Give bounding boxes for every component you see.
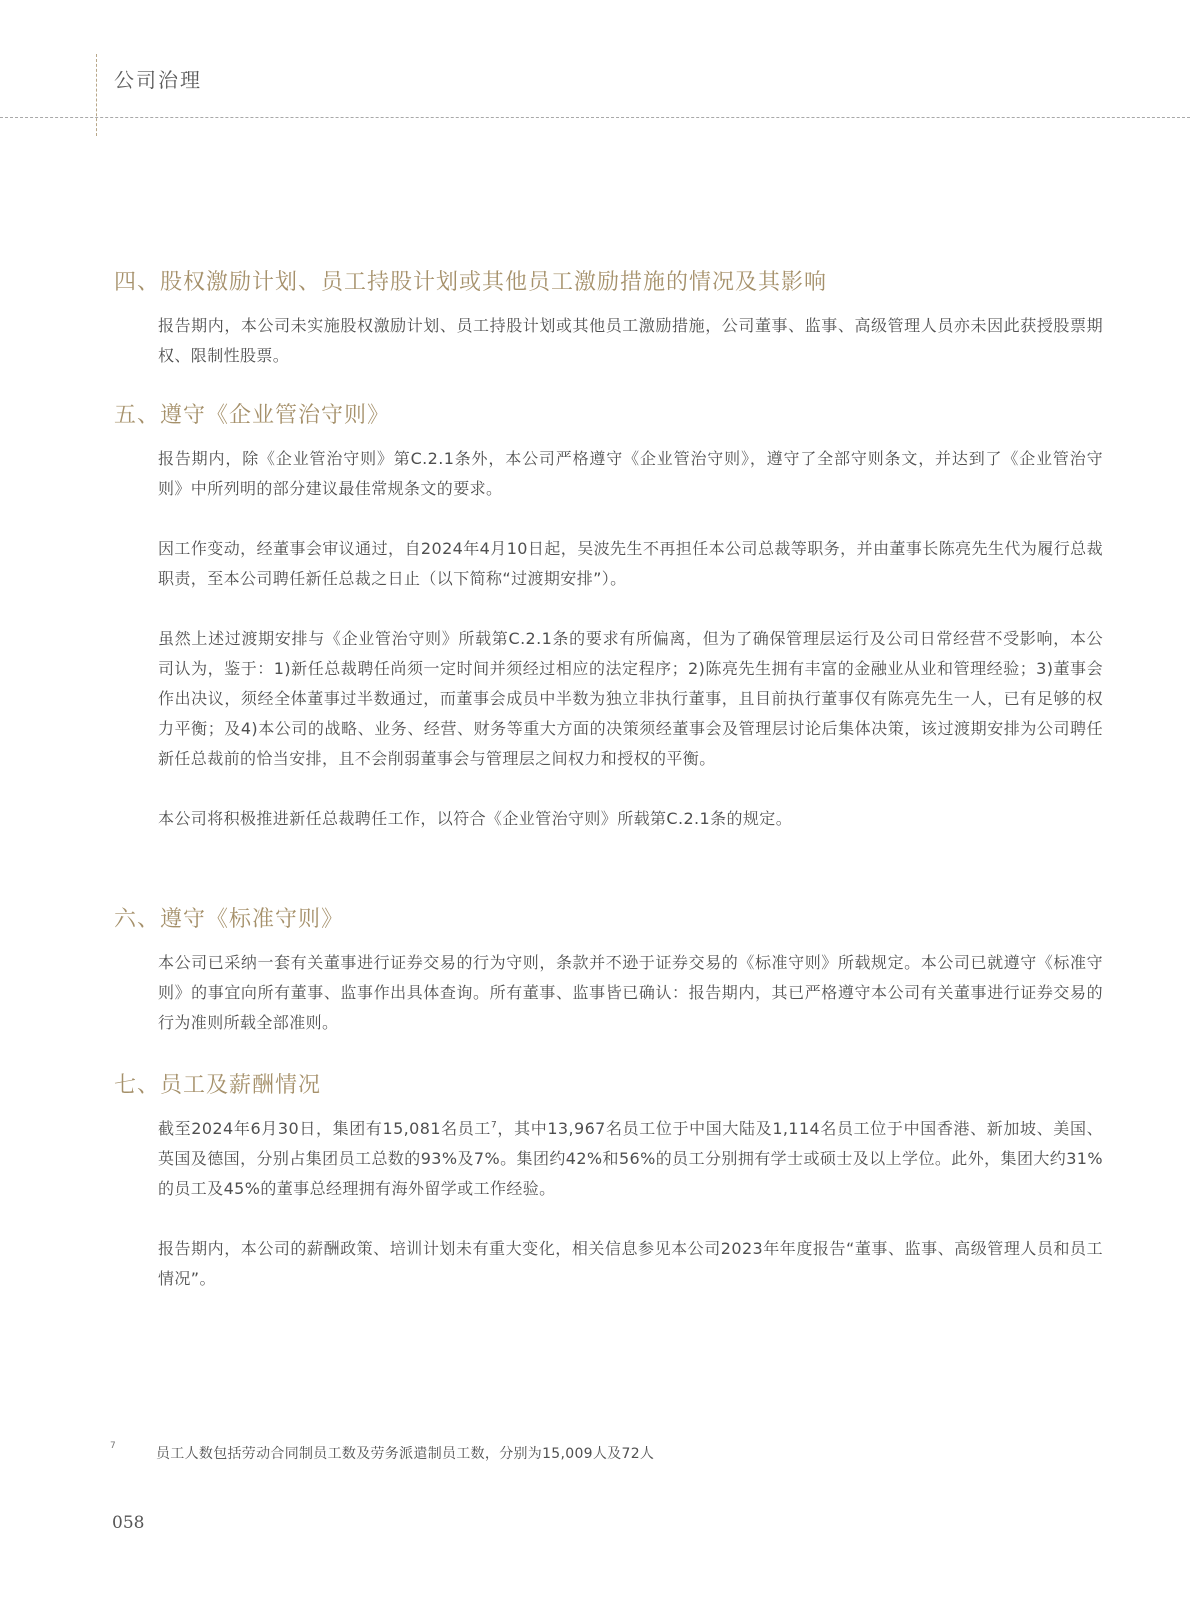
- header-horizontal-rule: [0, 117, 1190, 118]
- section-heading: 五、遵守《企业管治守则》: [114, 401, 1104, 431]
- section-heading: 四、股权激励计划、员工持股计划或其他员工激励措施的情况及其影响: [114, 268, 1104, 298]
- paragraph: 因工作变动，经董事会审议通过，自2024年4月10日起，吴波先生不再担任本公司总…: [158, 534, 1103, 594]
- paragraph: 报告期内，本公司未实施股权激励计划、员工持股计划或其他员工激励措施，公司董事、监…: [158, 311, 1103, 371]
- page-number: 058: [112, 1513, 144, 1533]
- section-employees-remuneration: 七、员工及薪酬情况 截至2024年6月30日，集团有15,081名员工7，其中1…: [114, 1071, 1104, 1294]
- paragraph: 本公司已采纳一套有关董事进行证券交易的行为守则，条款并不逊于证券交易的《标准守则…: [158, 948, 1103, 1038]
- paragraph: 截至2024年6月30日，集团有15,081名员工7，其中13,967名员工位于…: [158, 1114, 1103, 1204]
- header-vertical-rule: [96, 54, 97, 136]
- paragraph: 报告期内，除《企业管治守则》第C.2.1条外，本公司严格遵守《企业管治守则》，遵…: [158, 444, 1103, 504]
- footnote-text: 员工人数包括劳动合同制员工数及劳务派遣制员工数，分别为15,009人及72人: [156, 1443, 654, 1463]
- section-share-incentive: 四、股权激励计划、员工持股计划或其他员工激励措施的情况及其影响 报告期内，本公司…: [114, 268, 1104, 371]
- paragraph: 报告期内，本公司的薪酬政策、培训计划未有重大变化，相关信息参见本公司2023年年…: [158, 1234, 1103, 1294]
- section-heading: 七、员工及薪酬情况: [114, 1071, 1104, 1101]
- paragraph: 虽然上述过渡期安排与《企业管治守则》所载第C.2.1条的要求有所偏离，但为了确保…: [158, 624, 1103, 774]
- paragraph-text: 截至2024年6月30日，集团有15,081名员工: [158, 1119, 491, 1138]
- footnote-number: 7: [110, 1441, 116, 1451]
- section-model-code: 六、遵守《标准守则》 本公司已采纳一套有关董事进行证券交易的行为守则，条款并不逊…: [114, 905, 1104, 1038]
- running-header-title: 公司治理: [114, 64, 202, 93]
- section-corporate-governance-code: 五、遵守《企业管治守则》 报告期内，除《企业管治守则》第C.2.1条外，本公司严…: [114, 401, 1104, 834]
- section-heading: 六、遵守《标准守则》: [114, 905, 1104, 935]
- paragraph: 本公司将积极推进新任总裁聘任工作，以符合《企业管治守则》所载第C.2.1条的规定…: [158, 804, 1103, 834]
